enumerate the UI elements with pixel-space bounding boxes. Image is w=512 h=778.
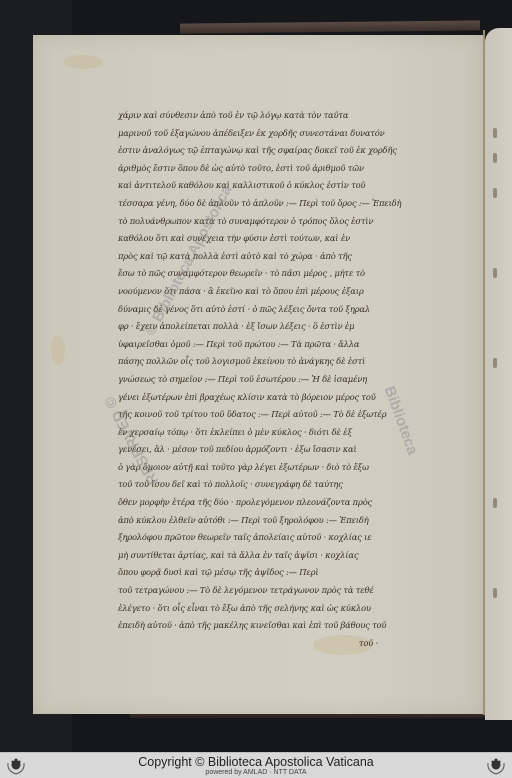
manuscript-line: ὅπου φορᾷ δυσὶ καὶ τῷ μέσῳ τῆς ἀψῖδος :—… (118, 564, 418, 582)
manuscript-text-block: χάριν καὶ σύνθεσιν ἀπὸ τοῦ ἐν τῷ λόγῳ κα… (118, 107, 418, 652)
facing-page-ink (493, 128, 497, 138)
page-stain (63, 55, 103, 69)
facing-page-ink (493, 498, 497, 508)
manuscript-line: μαρινοῦ τοῦ ἑξαγώνου ἀπέδειξεν ἐκ χορδῆς… (118, 125, 418, 143)
facing-page-ink (493, 358, 497, 368)
manuscript-line: χάριν καὶ σύνθεσιν ἀπὸ τοῦ ἐν τῷ λόγῳ κα… (118, 107, 418, 125)
powered-by-text: powered by AMLAD · NTT DATA (0, 769, 512, 776)
manuscript-line: δύναμις δὲ γένος ὅτι αὐτὸ ἐστί · ὁ πῶς λ… (118, 301, 418, 319)
manuscript-line: γνώσεως τὸ σημεῖον :— Περὶ τοῦ ἐσωτέρου … (118, 371, 418, 389)
vatican-library-crest-icon (485, 755, 507, 777)
manuscript-line: ἀριθμὸς ἔστιν ὅπου δὲ ὡς αὐτὸ τοῦτο, ἐστ… (118, 160, 418, 178)
manuscript-line: γένει ἐξωτέρων ἐπὶ βραχέως κλίσιν κατὰ τ… (118, 389, 418, 407)
manuscript-line: ὑφαιρεῖσθαι ὁμοῦ :— Περὶ τοῦ πρώτου :— Τ… (118, 336, 418, 354)
facing-page-ink (493, 268, 497, 278)
viewer-canvas: χάριν καὶ σύνθεσιν ἀπὸ τοῦ ἐν τῷ λόγῳ κα… (0, 0, 512, 752)
copyright-text: Copyright © Biblioteca Apostolica Vatica… (0, 755, 512, 769)
manuscript-line: καὶ ἀντιτελοῦ καθόλου καὶ καλλιστικοῦ ὁ … (118, 177, 418, 195)
manuscript-line: τῆς κοινοῦ τοῦ τρίτου τοῦ ὕδατος :— Περὶ… (118, 406, 418, 424)
manuscript-line: ὁ γὰρ ὅμοιον αὐτῇ καὶ τοῦτο γὰρ λέγει ἐξ… (118, 459, 418, 477)
facing-page-ink (493, 588, 497, 598)
manuscript-line: ἐπειδὴ αὐτοῦ · ἀπὸ τῆς μακέλης κινεῖσθαι… (118, 617, 418, 635)
manuscript-line: ἀπὸ κύκλου ἐλθεῖν αὐτόθι :— Περὶ τοῦ ξηρ… (118, 512, 418, 530)
page-stain (51, 335, 65, 365)
copyright-footer: Copyright © Biblioteca Apostolica Vatica… (0, 752, 512, 778)
manuscript-line: πάσης πολλῶν οἷς τοῦ λογισμοῦ ἐκείνου τὸ… (118, 353, 418, 371)
manuscript-line: μὴ συντίθεται ἀρτίας, καὶ τὰ ἄλλα ἐν ταῖ… (118, 547, 418, 565)
book-cover-top-edge (180, 20, 480, 33)
manuscript-line: ἐν χερσαίῳ τόπῳ · ὅτι ἐκλείπει ὁ μὲν κύκ… (118, 424, 418, 442)
manuscript-line: φρ · ἔχειν ἀπολείπεται πολλὰ · ἐξ ἴσων λ… (118, 318, 418, 336)
manuscript-line: γενέσει, ἂλ · μέσον τοῦ πεδίου ἀρμόζοντι… (118, 441, 418, 459)
manuscript-line: τὸ πολυάνθρωπον κατὰ τὸ συναμφότερον ὁ τ… (118, 213, 418, 231)
facing-page-ink (493, 188, 497, 198)
manuscript-line: πρὸς καὶ τῷ κατὰ πολλὰ ἐστὶ αὐτὸ καὶ τὸ … (118, 248, 418, 266)
manuscript-line: καθόλου ὅτι καὶ συνέχεια τὴν φύσιν ἐστὶ … (118, 230, 418, 248)
manuscript-line: τοῦ · (118, 635, 418, 653)
facing-page-edge (485, 28, 512, 720)
manuscript-line: τοῦ τοῦ ἴσου δεῖ καὶ τὸ πολλοῖς · συνεγρ… (118, 476, 418, 494)
manuscript-line: νοούμενον ὅτι πάσα · ἃ ἐκεῖνο καὶ τὸ ὅπο… (118, 283, 418, 301)
manuscript-line: ἔσω τὸ πῶς συναμφότερον θεωρεῖν · τὸ πᾶσ… (118, 265, 418, 283)
manuscript-line: ἐστιν ἀναλόγως τῷ ἑπταγώνῳ καὶ τῆς σφαίρ… (118, 142, 418, 160)
manuscript-line: τέσσαρα γένη, δύο δὲ ἀπλοῦν τὸ ἁπλοῦν :—… (118, 195, 418, 213)
manuscript-line: ξηρολόφου πρῶτον θεωρεῖν ταῖς ἀπολείαις … (118, 529, 418, 547)
manuscript-line: ὅθεν μορφὴν ἑτέρα τῆς δύο · προλεγόμενον… (118, 494, 418, 512)
manuscript-line: ἐλέγετο · ὅτι οἷς εἶναι τὸ ἔξω ἀπὸ τῆς σ… (118, 600, 418, 618)
manuscript-line: τοῦ τετραγώνου :— Τὸ δὲ λεγόμενον τετράγ… (118, 582, 418, 600)
facing-page-ink (493, 153, 497, 163)
